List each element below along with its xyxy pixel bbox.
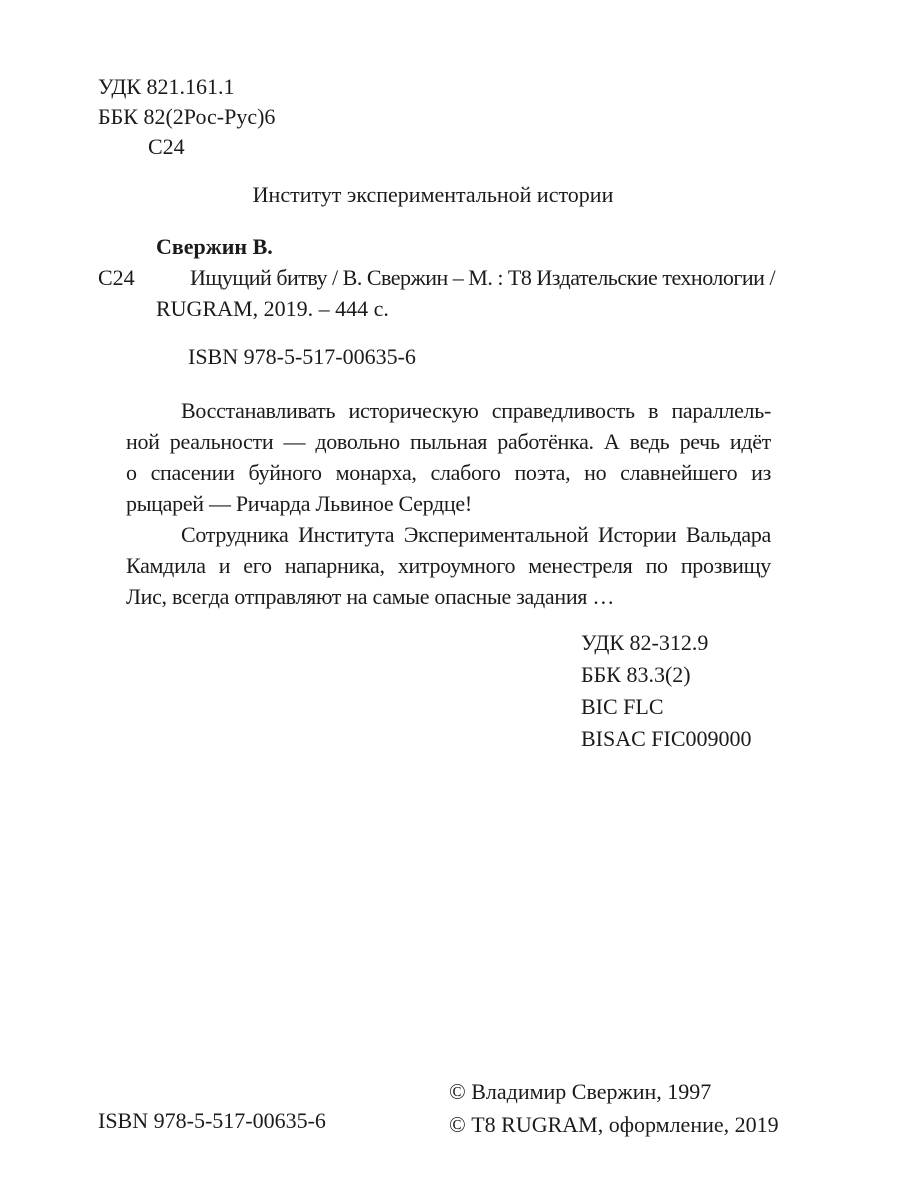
annotation-para1-line2: ной реальности — довольно пыльная работё… bbox=[126, 426, 771, 457]
copyright-author-line: © Владимир Свержин, 1997 bbox=[449, 1075, 779, 1108]
isbn-catalog: ISBN 978-5-517-00635-6 bbox=[188, 344, 416, 370]
annotation-para1-line3: о спасении буйного монарха, слабого поэт… bbox=[126, 457, 771, 488]
bbk-top-line: ББК 82(2Рос-Рус)6 bbox=[98, 102, 275, 132]
author-sign-top: С24 bbox=[148, 132, 275, 162]
annotation-para2-line1: Сотрудника Института Экспериментальной И… bbox=[126, 519, 771, 550]
book-copyright-page: УДК 821.161.1 ББК 82(2Рос-Рус)6 С24 Инст… bbox=[0, 0, 900, 1200]
annotation-text: Восстанавливать историческую справедливо… bbox=[126, 395, 771, 612]
annotation-para2-line2: Камдила и его напарника, хитроумного мен… bbox=[126, 550, 771, 581]
copyright-design-line: © Т8 RUGRAM, оформление, 2019 bbox=[449, 1108, 779, 1141]
institute-line: Институт экспериментальной истории bbox=[110, 182, 756, 208]
top-bibliographic-codes: УДК 821.161.1 ББК 82(2Рос-Рус)6 С24 bbox=[98, 72, 275, 162]
catalog-entry-line1: Ищущий битву / В. Свержин – М. : Т8 Изда… bbox=[190, 265, 775, 291]
udk-top-line: УДК 821.161.1 bbox=[98, 72, 275, 102]
isbn-footer: ISBN 978-5-517-00635-6 bbox=[98, 1108, 326, 1134]
bisac-code-line: BISAC FIC009000 bbox=[581, 723, 752, 755]
author-sign-catalog: С24 bbox=[98, 265, 135, 291]
copyright-block: © Владимир Свержин, 1997 © Т8 RUGRAM, оф… bbox=[449, 1075, 779, 1141]
annotation-para1-line1: Восстанавливать историческую справедливо… bbox=[126, 395, 771, 426]
annotation-para1-line4: рыцарей — Ричарда Львиное Сердце! bbox=[126, 488, 771, 519]
bbk-code-line: ББК 83.3(2) bbox=[581, 659, 752, 691]
udk-code-line: УДК 82-312.9 bbox=[581, 627, 752, 659]
annotation-para2-line3: Лис, всегда отправляют на самые опасные … bbox=[126, 581, 771, 612]
catalog-author-name: Свержин В. bbox=[156, 234, 273, 260]
catalog-entry-line2: RUGRAM, 2019. – 444 с. bbox=[156, 296, 389, 322]
bic-code-line: BIC FLC bbox=[581, 691, 752, 723]
classification-codes-block: УДК 82-312.9 ББК 83.3(2) BIC FLC BISAC F… bbox=[581, 627, 752, 755]
